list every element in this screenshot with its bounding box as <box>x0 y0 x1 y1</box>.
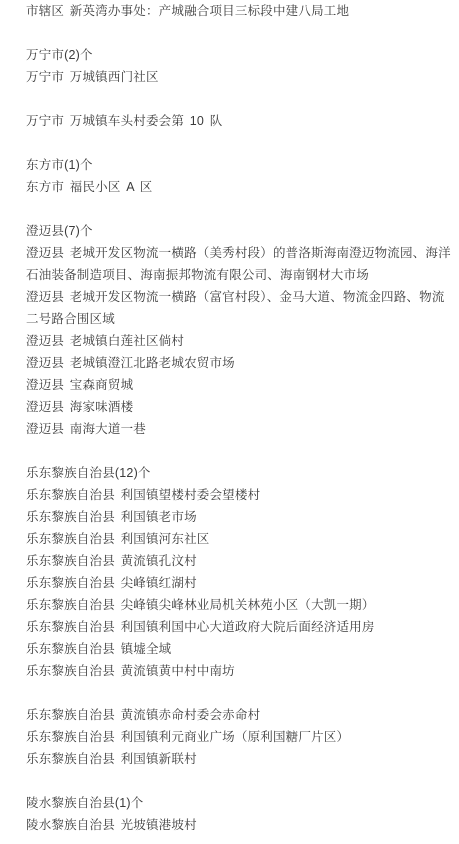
area-text-line: 澄迈县 南海大道一巷 <box>26 418 453 440</box>
area-text-line: 乐东黎族自治县 利国镇利元商业广场（原利国糖厂片区） <box>26 726 453 748</box>
region-group: 乐东黎族自治县 黄流镇赤命村委会赤命村乐东黎族自治县 利国镇利元商业广场（原利国… <box>26 704 453 770</box>
region-group: 澄迈县(7)个澄迈县 老城开发区物流一横路（美秀村段）的普洛斯海南澄迈物流园、海… <box>26 220 453 440</box>
region-group: 万宁市 万城镇车头村委会第 10 队 <box>26 110 453 132</box>
area-text-line: 东方市 福民小区 A 区 <box>26 176 453 198</box>
area-text-line: 乐东黎族自治县 镇墟全域 <box>26 638 453 660</box>
area-text-line: 澄迈县 宝森商贸城 <box>26 374 453 396</box>
region-group: 东方市(1)个东方市 福民小区 A 区 <box>26 154 453 198</box>
area-text-line: 乐东黎族自治县 利国镇河东社区 <box>26 528 453 550</box>
area-text-line: 乐东黎族自治县 尖峰镇红湖村 <box>26 572 453 594</box>
region-group: 乐东黎族自治县(12)个乐东黎族自治县 利国镇望楼村委会望楼村乐东黎族自治县 利… <box>26 462 453 682</box>
area-text-line: 乐东黎族自治县 利国镇新联村 <box>26 748 453 770</box>
area-text-line: 乐东黎族自治县 黄流镇黄中村中南坊 <box>26 660 453 682</box>
area-text-line: 乐东黎族自治县 黄流镇赤命村委会赤命村 <box>26 704 453 726</box>
region-count-line: 乐东黎族自治县(12)个 <box>26 462 453 484</box>
region-group: 市辖区 新英湾办事处：产城融合项目三标段中建八局工地 <box>26 0 453 22</box>
area-text-line: 万宁市 万城镇车头村委会第 10 队 <box>26 110 453 132</box>
area-text-line: 澄迈县 海家味酒楼 <box>26 396 453 418</box>
area-text-line: 澄迈县 老城开发区物流一横路（富官村段）、金马大道、物流金四路、物流二号路合围区… <box>26 286 453 330</box>
region-group: 万宁市(2)个万宁市 万城镇西门社区 <box>26 44 453 88</box>
region-group: 陵水黎族自治县(1)个陵水黎族自治县 光坡镇港坡村 <box>26 792 453 836</box>
area-text-line: 万宁市 万城镇西门社区 <box>26 66 453 88</box>
region-count-line: 澄迈县(7)个 <box>26 220 453 242</box>
notice-text-page: 市辖区 新英湾办事处：产城融合项目三标段中建八局工地万宁市(2)个万宁市 万城镇… <box>0 0 459 836</box>
region-count-line: 陵水黎族自治县(1)个 <box>26 792 453 814</box>
area-text-line: 澄迈县 老城镇澄江北路老城农贸市场 <box>26 352 453 374</box>
area-text-line: 市辖区 新英湾办事处：产城融合项目三标段中建八局工地 <box>26 0 453 22</box>
area-text-line: 乐东黎族自治县 黄流镇孔汶村 <box>26 550 453 572</box>
region-count-line: 东方市(1)个 <box>26 154 453 176</box>
area-text-line: 乐东黎族自治县 利国镇老市场 <box>26 506 453 528</box>
area-text-line: 乐东黎族自治县 利国镇利国中心大道政府大院后面经济适用房 <box>26 616 453 638</box>
area-text-line: 乐东黎族自治县 尖峰镇尖峰林业局机关林苑小区（大凯一期） <box>26 594 453 616</box>
area-text-line: 澄迈县 老城开发区物流一横路（美秀村段）的普洛斯海南澄迈物流园、海洋石油装备制造… <box>26 242 453 286</box>
area-text-line: 澄迈县 老城镇白莲社区倘村 <box>26 330 453 352</box>
area-text-line: 乐东黎族自治县 利国镇望楼村委会望楼村 <box>26 484 453 506</box>
region-count-line: 万宁市(2)个 <box>26 44 453 66</box>
area-text-line: 陵水黎族自治县 光坡镇港坡村 <box>26 814 453 836</box>
